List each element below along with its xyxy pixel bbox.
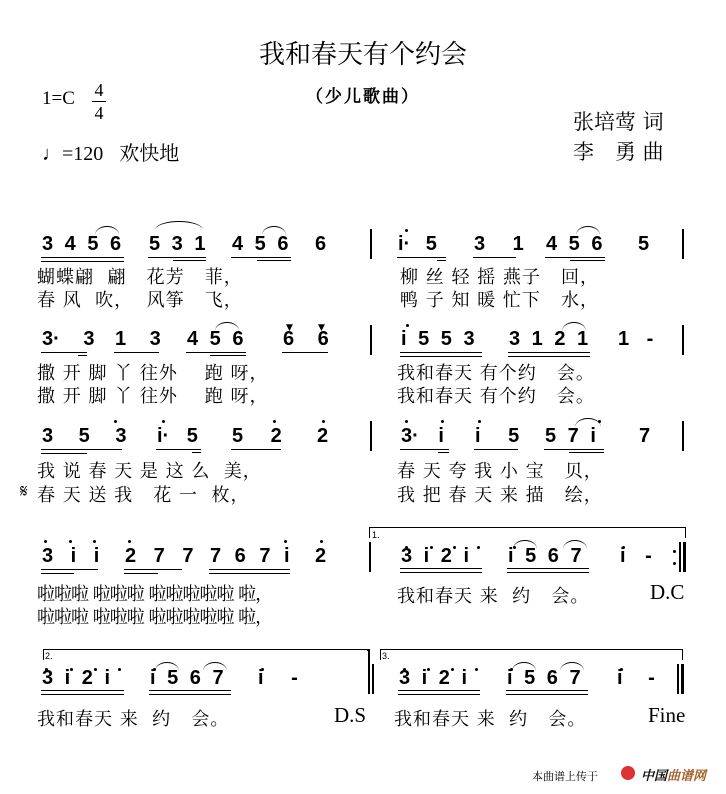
measure-notes: i -: [258, 667, 298, 690]
high-octave-dot: [403, 668, 406, 671]
high-octave-dot: [453, 546, 456, 549]
beam: [400, 568, 482, 573]
beam: [78, 355, 87, 356]
fine-mark: Fine: [648, 703, 685, 728]
high-octave-dot: [475, 668, 478, 671]
measure-notes: 2: [315, 545, 326, 568]
measure-notes: 4 5 6: [232, 233, 288, 256]
beam: [41, 449, 122, 450]
repeat-dot: [673, 562, 676, 565]
high-octave-dot: [620, 668, 623, 671]
time-divider: [92, 101, 106, 102]
beam: [186, 352, 246, 353]
measure-notes: i· 5: [398, 233, 437, 256]
beam: [173, 260, 206, 261]
high-octave-dot: [118, 668, 121, 671]
high-octave-dot: [45, 668, 48, 671]
high-octave-dot: [322, 420, 325, 423]
high-octave-dot: [406, 324, 409, 327]
high-octave-dot: [405, 229, 408, 232]
lyrics: 我和春天 来 约 会。: [394, 705, 586, 731]
key-signature: 1=C: [42, 88, 75, 110]
composer-credit: 李 勇 曲: [573, 136, 664, 166]
measure-notes: 3 i 2 i: [42, 667, 110, 690]
measure-notes: 3· 3: [42, 328, 94, 351]
beam: [570, 260, 605, 261]
high-octave-dot: [261, 668, 264, 671]
repeat-dot: [673, 550, 676, 553]
beam: [506, 690, 588, 695]
slur: [155, 221, 203, 230]
lyrics-verse-1: 春 天 夸 我 小 宝 贝，: [397, 457, 603, 483]
high-octave-dot: [622, 546, 625, 549]
beam: [148, 257, 206, 258]
measure-notes: i 5 5 3: [401, 328, 475, 351]
time-top: 4: [92, 80, 106, 100]
measure-notes: 3· i: [401, 425, 444, 448]
beam: [400, 352, 482, 357]
measure-notes: 3 i i: [42, 545, 99, 568]
final-barline: [677, 664, 679, 694]
high-octave-dot: [114, 420, 117, 423]
double-barline: [372, 664, 374, 694]
slur: [560, 662, 584, 671]
measure-notes: 3 1: [474, 233, 524, 256]
slur: [512, 662, 536, 671]
measure-notes: 5 7 i: [545, 425, 596, 448]
measure-notes: i 5: [475, 425, 519, 448]
beam: [474, 449, 518, 450]
barline: [369, 542, 371, 572]
segno-icon: 𝄋: [20, 481, 29, 502]
logo-text-part1: 中国: [641, 769, 667, 784]
dal-segno-mark: D.S: [334, 703, 366, 728]
measure-notes: 3 5 3: [42, 425, 126, 448]
song-title: 我和春天有个约会: [0, 34, 726, 71]
tempo-text: 欢快地: [119, 141, 179, 165]
beam: [41, 690, 124, 695]
beam: [41, 352, 87, 353]
lyrics-verse-2: 撒 开 脚 丫 往外 跑 呀，: [37, 382, 269, 408]
upload-note: 本曲谱上传于: [532, 768, 598, 784]
slur: [262, 226, 286, 235]
barline: [682, 325, 684, 355]
measure-notes: 2: [317, 425, 328, 448]
high-octave-dot: [273, 420, 276, 423]
da-capo-mark: D.C: [650, 580, 684, 605]
beam: [508, 352, 590, 357]
slur: [576, 226, 600, 235]
beam: [192, 452, 201, 453]
beam: [149, 690, 231, 695]
volta-bracket-3: [380, 649, 683, 660]
lyrics-verse-2: 我和春天 有个约 会。: [397, 382, 595, 408]
measure-notes: 1 3: [115, 328, 161, 351]
tempo-value: ♩=120: [42, 143, 103, 165]
measure-notes: 3 i 2 i: [401, 545, 469, 568]
measure-notes: 2 7 7: [125, 545, 193, 568]
volta-number: 2.: [45, 651, 53, 661]
repeat-barline-thick: [683, 542, 686, 572]
lyrics-verse-2: 春 风 吹， 风筝 飞，: [37, 286, 243, 312]
beam: [257, 260, 291, 261]
volta-number: 3.: [382, 651, 390, 661]
repeat-barline: [679, 542, 681, 572]
accent-mark: ▼: [318, 323, 325, 333]
high-octave-dot: [477, 546, 480, 549]
barline: [370, 229, 372, 259]
barline: [370, 421, 372, 451]
high-octave-dot: [284, 540, 287, 543]
beam: [210, 355, 246, 356]
slur: [155, 662, 179, 671]
high-octave-dot: [320, 540, 323, 543]
beam: [114, 352, 159, 353]
beam: [473, 257, 516, 258]
slur: [513, 540, 537, 549]
beam: [438, 452, 449, 453]
high-octave-dot: [427, 668, 430, 671]
beam: [124, 569, 182, 570]
site-logo-icon: [621, 766, 635, 780]
slur: [563, 540, 587, 549]
volta-bracket-2: [43, 649, 369, 660]
lyrics-verse-2: 鸭 子 知 暖 忙下 水，: [400, 286, 599, 312]
measure-notes: 3 i 2 i: [399, 667, 467, 690]
tempo-marking: ♩=120欢快地: [42, 137, 179, 166]
high-octave-dot: [405, 546, 408, 549]
beam: [41, 257, 124, 262]
measure-notes: 5 3 1: [149, 233, 205, 256]
beam: [400, 449, 449, 450]
beam: [397, 257, 446, 258]
measure-notes: 7 6 7 i: [210, 545, 290, 568]
beam: [209, 569, 290, 574]
lyrics-verse-2: 啦啦啦 啦啦啦 啦啦啦啦啦 啦，: [37, 603, 272, 629]
lyrics: 我和春天 来 约 会。: [37, 705, 229, 731]
measure-notes: 7: [639, 425, 650, 448]
measure-notes: 4 5 6: [187, 328, 243, 351]
measure-notes: 5: [638, 233, 649, 256]
final-barline-thick: [681, 664, 684, 694]
accent-mark: ▼: [286, 323, 293, 333]
high-octave-dot: [70, 668, 73, 671]
high-octave-dot: [93, 540, 96, 543]
measure-notes: 3 4 5 6: [42, 233, 121, 256]
high-octave-dot: [441, 420, 444, 423]
lyrics-verse-2: 我 把 春 天 来 描 绘，: [397, 481, 603, 507]
beam: [231, 449, 281, 450]
high-octave-dot: [128, 540, 131, 543]
measure-notes: 4 5 6: [546, 233, 602, 256]
beam: [156, 449, 201, 450]
song-subtitle: （少儿歌曲）: [0, 82, 726, 107]
high-octave-dot: [94, 668, 97, 671]
time-signature: 4 4: [92, 80, 106, 123]
double-barline: [368, 649, 370, 694]
site-logo[interactable]: 中国曲谱网: [641, 765, 706, 784]
slur: [575, 418, 601, 427]
beam: [569, 452, 604, 453]
high-octave-dot: [451, 668, 454, 671]
beam: [231, 257, 291, 258]
measure-notes: i -: [620, 545, 652, 568]
beam: [41, 569, 98, 570]
volta-number: 1.: [372, 530, 380, 540]
measure-notes: 3 1 2 1: [509, 328, 588, 351]
slur: [215, 322, 239, 331]
time-bottom: 4: [92, 103, 106, 123]
measure-notes: i· 5: [157, 425, 198, 448]
lyricist-credit: 张培莺 词: [573, 106, 664, 136]
high-octave-dot: [478, 420, 481, 423]
high-octave-dot: [44, 540, 47, 543]
logo-text-part2: 曲谱网: [667, 769, 706, 784]
beam: [437, 260, 446, 261]
slur: [203, 662, 227, 671]
measure-notes: 1 -: [618, 328, 653, 351]
high-octave-dot: [430, 546, 433, 549]
barline: [682, 229, 684, 259]
high-octave-dot: [69, 540, 72, 543]
lyrics-verse-2: 春 天 送 我 花 一 枚，: [37, 481, 250, 507]
beam: [507, 568, 589, 573]
barline: [370, 325, 372, 355]
slur: [95, 226, 119, 235]
beam: [282, 352, 328, 353]
high-octave-dot: [162, 420, 165, 423]
beam: [398, 690, 480, 695]
lyrics-verse-1: 我 说 春 天 是 这 么 美，: [37, 457, 262, 483]
barline: [682, 421, 684, 451]
beam: [545, 257, 605, 258]
slur: [562, 322, 586, 331]
beam: [544, 449, 604, 450]
measure-notes: 6: [315, 233, 326, 256]
high-octave-dot: [405, 420, 408, 423]
measure-notes: 5 2: [232, 425, 282, 448]
lyrics-verse-1: 我和春天 来 约 会。: [397, 582, 589, 608]
volta-bracket-1: [369, 527, 686, 538]
